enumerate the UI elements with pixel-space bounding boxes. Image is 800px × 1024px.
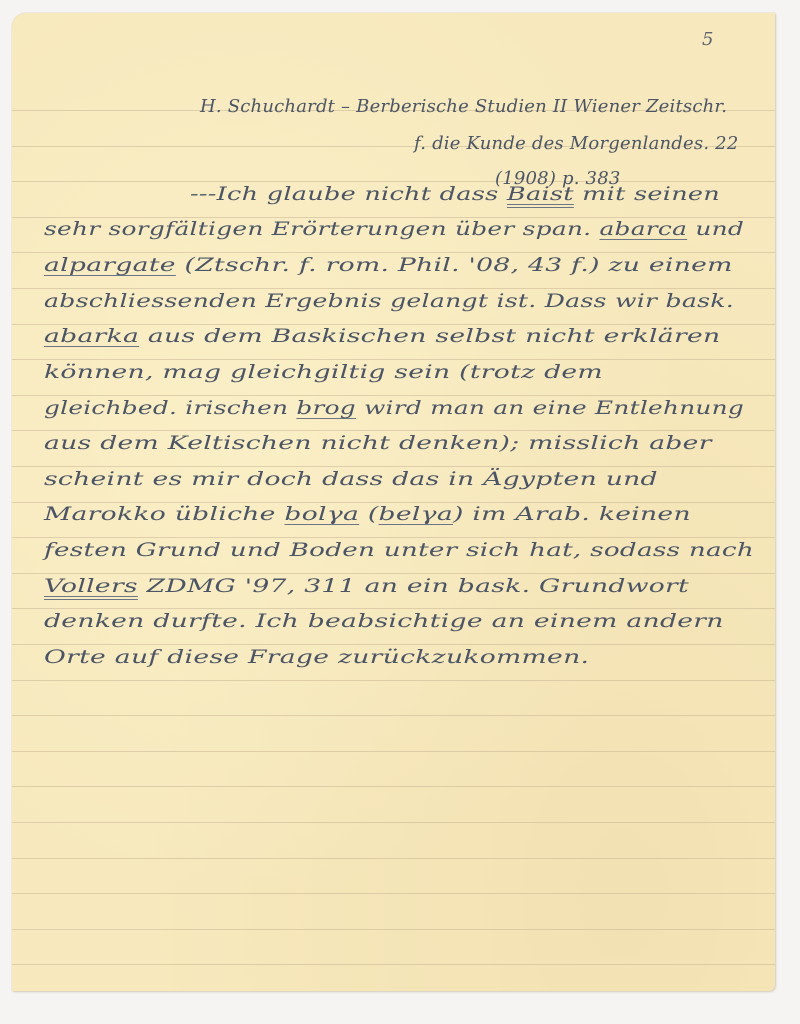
ruled-line [12, 893, 775, 894]
body-line: ---Ich glaube nicht dass Baist mit seine… [190, 183, 720, 205]
text-segment: und [687, 218, 744, 240]
body-line: denken durfte. Ich beabsichtige an einem… [44, 610, 724, 632]
body-line: Orte auf diese Frage zurückzukommen. [44, 646, 589, 668]
ruled-line [12, 715, 775, 716]
text-segment: können, mag gleichgiltig sein (trotz dem [44, 361, 603, 383]
text-segment: (Ztschr. f. rom. Phil. '08, 43 f.) zu ei… [176, 254, 733, 276]
body-line: Marokko übliche bolγa (belγa) im Arab. k… [44, 503, 691, 525]
text-segment: aus dem Keltischen nicht denken); missli… [44, 432, 712, 454]
body-line: festen Grund und Boden unter sich hat, s… [44, 539, 754, 561]
text-segment: Marokko übliche [44, 503, 284, 525]
text-segment: mit seinen [574, 183, 720, 205]
body-line: alpargate (Ztschr. f. rom. Phil. '08, 43… [44, 254, 733, 276]
page-number: 5 [702, 29, 713, 50]
underlined-term: Vollers [44, 575, 138, 597]
body-line: aus dem Keltischen nicht denken); missli… [44, 432, 712, 454]
text-segment: ( [359, 503, 378, 525]
underlined-term: alpargate [44, 254, 176, 276]
body-line: sehr sorgfältigen Erörterungen über span… [44, 218, 744, 240]
underlined-term: belγa [379, 503, 453, 525]
ruled-line [12, 858, 775, 859]
ruled-line [12, 822, 775, 823]
text-segment: sehr sorgfältigen Erörterungen über span… [44, 218, 599, 240]
body-line: Vollers ZDMG '97, 311 an ein bask. Grund… [44, 575, 689, 597]
body-line: können, mag gleichgiltig sein (trotz dem [44, 361, 603, 383]
body-line: scheint es mir doch dass das in Ägypten … [44, 468, 658, 490]
body-line: abarka aus dem Baskischen selbst nicht e… [44, 325, 720, 347]
ruled-line [12, 395, 775, 396]
manuscript-page: 5 H. Schuchardt – Berberische Studien II… [12, 13, 775, 991]
underlined-term: abarca [599, 218, 687, 240]
header-line-1: H. Schuchardt – Berberische Studien II W… [200, 96, 727, 117]
text-segment: gleichbed. irischen [44, 397, 296, 419]
underlined-term: brog [296, 397, 356, 419]
underlined-term: bolγa [284, 503, 359, 525]
text-segment: abschliessenden Ergebnis gelangt ist. Da… [44, 290, 734, 312]
text-segment: aus dem Baskischen selbst nicht erklären [139, 325, 720, 347]
ruled-line [12, 929, 775, 930]
text-segment: ) im Arab. keinen [453, 503, 691, 525]
ruled-line [12, 466, 775, 467]
ruled-line [12, 680, 775, 681]
header-line-2: f. die Kunde des Morgenlandes. 22 [414, 133, 738, 154]
ruled-line [12, 573, 775, 574]
text-segment: Orte auf diese Frage zurückzukommen. [44, 646, 589, 668]
text-segment: ---Ich glaube nicht dass [190, 183, 507, 205]
text-segment: denken durfte. Ich beabsichtige an einem… [44, 610, 724, 632]
underlined-term: Baist [507, 183, 574, 205]
ruled-line [12, 751, 775, 752]
text-segment: scheint es mir doch dass das in Ägypten … [44, 468, 658, 490]
body-line: gleichbed. irischen brog wird man an ein… [44, 397, 744, 419]
ruled-line [12, 644, 775, 645]
ruled-line [12, 964, 775, 965]
ruled-line [12, 288, 775, 289]
underlined-term: abarka [44, 325, 139, 347]
text-segment: wird man an eine Entlehnung [356, 397, 744, 419]
text-segment: ZDMG '97, 311 an ein bask. Grundwort [138, 575, 689, 597]
text-segment: festen Grund und Boden unter sich hat, s… [44, 539, 754, 561]
body-line: abschliessenden Ergebnis gelangt ist. Da… [44, 290, 734, 312]
ruled-line [12, 786, 775, 787]
